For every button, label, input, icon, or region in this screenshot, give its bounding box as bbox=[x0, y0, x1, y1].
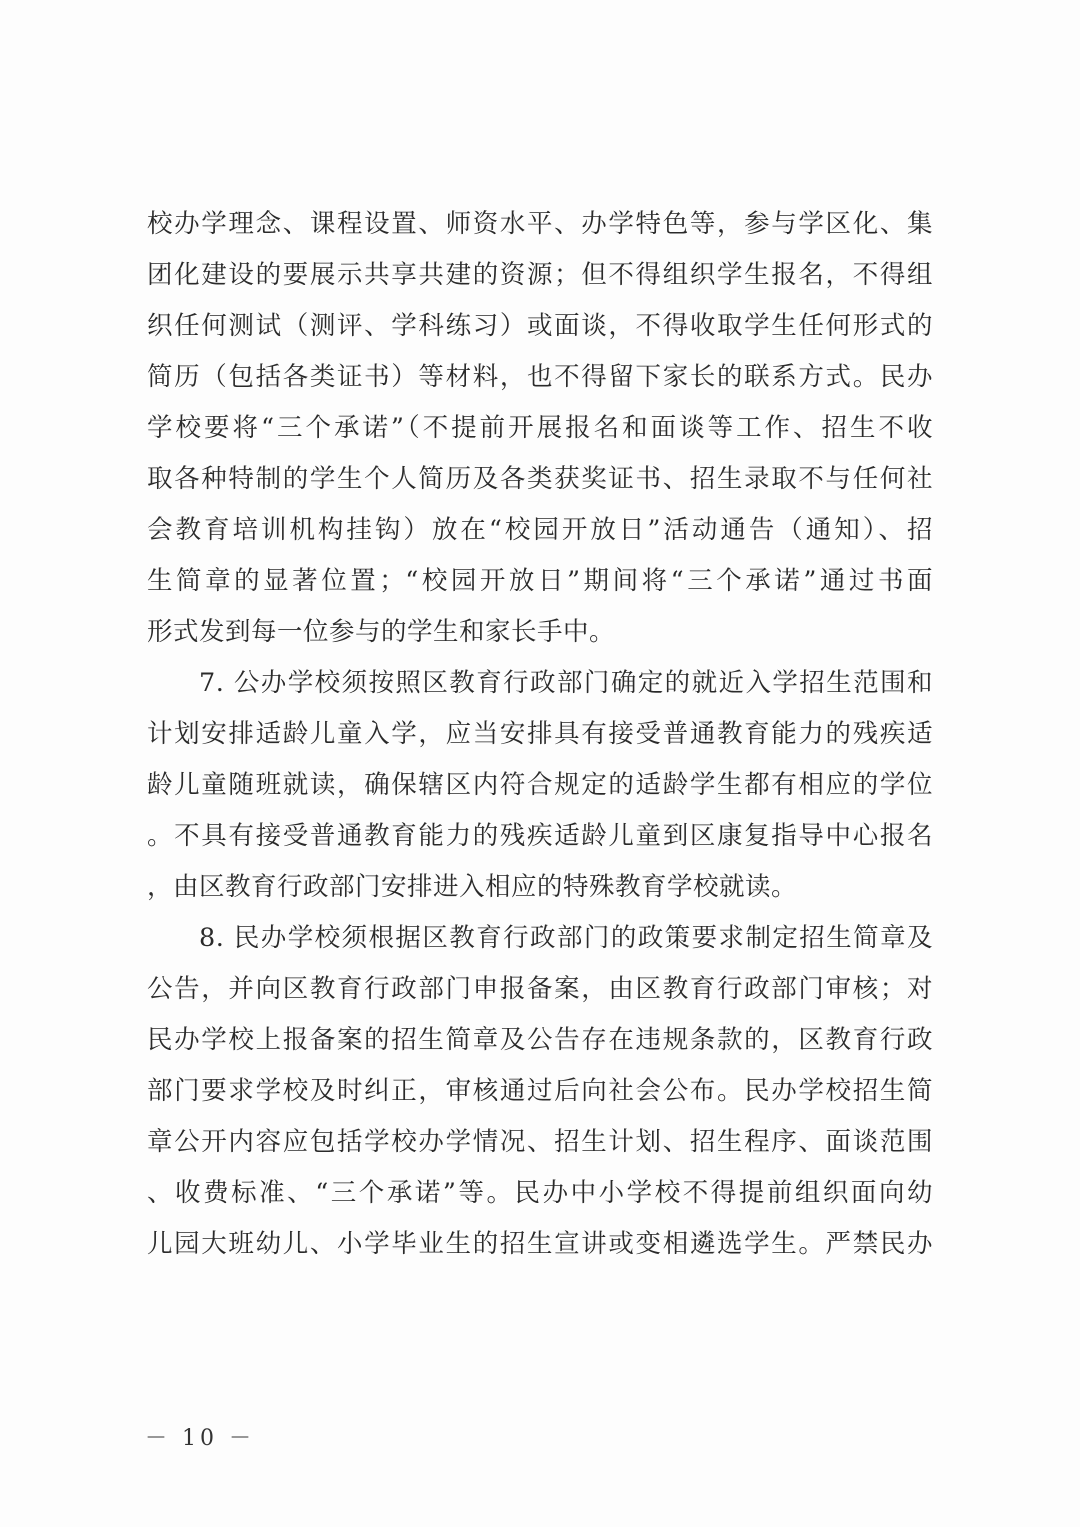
document-page: 校办学理念、课程设置、师资水平、办学特色等，参与学区化、集 团化建设的要展示共享… bbox=[0, 0, 1080, 1527]
text-line: 计划安排适龄儿童入学，应当安排具有接受普通教育能力的残疾适 bbox=[147, 709, 933, 760]
text-line: 取各种特制的学生个人简历及各类获奖证书、招生录取不与任何社 bbox=[147, 454, 933, 505]
text-line: 生简章的显著位置；“校园开放日”期间将“三个承诺”通过书面 bbox=[147, 556, 933, 607]
item-8-heading-line: 8. 民办学校须根据区教育行政部门的政策要求制定招生简章及 bbox=[147, 913, 933, 964]
text-line: 形式发到每一位参与的学生和家长手中。 bbox=[147, 607, 933, 658]
text-line: 学校要将“三个承诺”（不提前开展报名和面谈等工作、招生不收 bbox=[147, 403, 933, 454]
text-line: 部门要求学校及时纠正，审核通过后向社会公布。民办学校招生简 bbox=[147, 1066, 933, 1117]
text-line: 、收费标准、“三个承诺”等。民办中小学校不得提前组织面向幼 bbox=[147, 1168, 933, 1219]
page-number: － 10 － bbox=[145, 1421, 255, 1452]
text-line: 。不具有接受普通教育能力的残疾适龄儿童到区康复指导中心报名 bbox=[147, 811, 933, 862]
text-line: 公告，并向区教育行政部门申报备案，由区教育行政部门审核；对 bbox=[147, 964, 933, 1015]
body-text: 校办学理念、课程设置、师资水平、办学特色等，参与学区化、集 团化建设的要展示共享… bbox=[147, 199, 933, 1270]
text-line: 会教育培训机构挂钩）放在“校园开放日”活动通告（通知）、招 bbox=[147, 505, 933, 556]
item-7-heading-line: 7. 公办学校须按照区教育行政部门确定的就近入学招生范围和 bbox=[147, 658, 933, 709]
text-line: 团化建设的要展示共享共建的资源；但不得组织学生报名，不得组 bbox=[147, 250, 933, 301]
text-line: ，由区教育行政部门安排进入相应的特殊教育学校就读。 bbox=[147, 862, 933, 913]
text-line: 织任何测试（测评、学科练习）或面谈，不得收取学生任何形式的 bbox=[147, 301, 933, 352]
text-line: 儿园大班幼儿、小学毕业生的招生宣讲或变相遴选学生。严禁民办 bbox=[147, 1219, 933, 1270]
text-line: 民办学校上报备案的招生简章及公告存在违规条款的，区教育行政 bbox=[147, 1015, 933, 1066]
text-line: 龄儿童随班就读，确保辖区内符合规定的适龄学生都有相应的学位 bbox=[147, 760, 933, 811]
text-line: 章公开内容应包括学校办学情况、招生计划、招生程序、面谈范围 bbox=[147, 1117, 933, 1168]
text-line: 校办学理念、课程设置、师资水平、办学特色等，参与学区化、集 bbox=[147, 199, 933, 250]
text-line: 简历（包括各类证书）等材料，也不得留下家长的联系方式。民办 bbox=[147, 352, 933, 403]
